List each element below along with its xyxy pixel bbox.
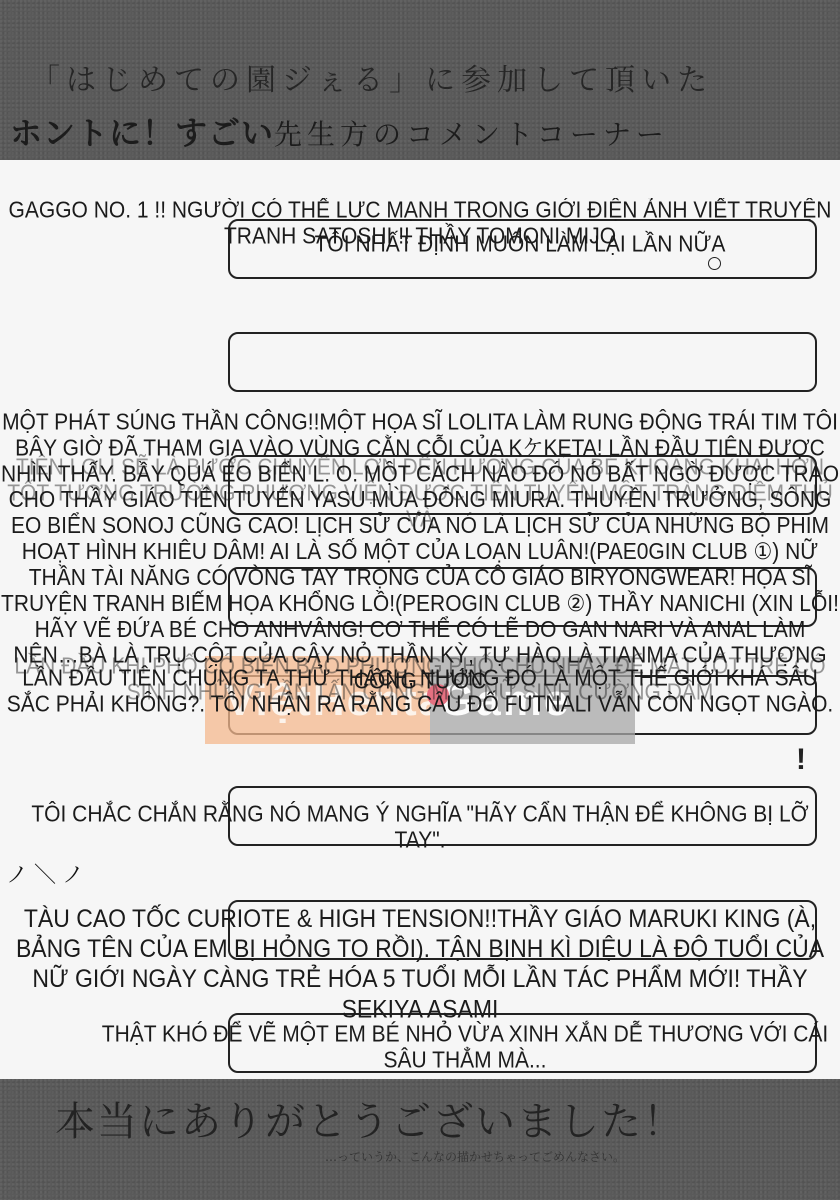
header-title-rest: 先生方のコメントコーナー [274, 118, 669, 151]
circle-mark-icon [708, 257, 721, 270]
reply-careful: TÔI CHẮC CHẮN RẰNG NÓ MANG Ý NGHĨA "HÃY … [20, 802, 820, 854]
ha-sound-effect: ノ＼ノ [6, 858, 90, 889]
exclamation-mark: ! [796, 743, 806, 777]
header-band: 「はじめての園ジぇる」に参加して頂いた ホントに！すごい先生方のコメントコーナー [0, 0, 840, 160]
reply-sekiya: THẬT KHÓ ĐỂ VẼ MỘT EM BÉ NHỎ VỪA XINH XẮ… [90, 1022, 840, 1074]
header-title-bold: ホントに！すごい [10, 114, 274, 152]
header-title-line1: 「はじめての園ジぇる」に参加して頂いた [30, 55, 810, 99]
header-title-line2: ホントに！すごい先生方のコメントコーナー [10, 108, 840, 154]
footer-thanks: 本当にありがとうございました！ [55, 1090, 685, 1147]
caption-lolita-main: MỘT PHÁT SÚNG THẦN CÔNG!!MỘT HỌA SĨ LOLI… [0, 410, 840, 695]
reply-lolita: LẦN ĐẦU TIÊN CHÚNG TA THỬ THÁCH, NHƯNG Đ… [0, 666, 840, 718]
footer-subtitle: …っていうか、こんなの描かせちゃってごめんなさい。 [325, 1148, 625, 1165]
caption-curiote: TÀU CAO TỐC CURIOTE & HIGH TENSION!!THẦY… [0, 903, 840, 1024]
speech-box-2 [228, 332, 817, 392]
reply-tomoni: TÔI NHẤT ĐỊNH MUỐN LÀM LẠI LẦN NỮA [300, 232, 740, 258]
